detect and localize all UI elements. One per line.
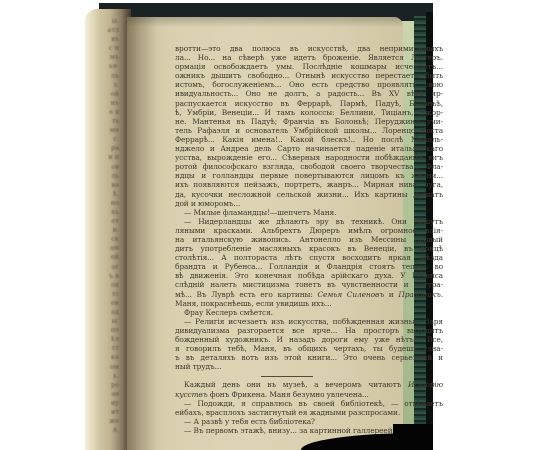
text-line: слѣдній налетъ мистицизма тонетъ въ чувс…	[175, 280, 443, 289]
text-line: — Подожди, я справлюсь въ своей библіоте…	[175, 399, 443, 408]
text-fragment: ь.	[89, 371, 119, 381]
text-line: я говорилъ тебѣ, Маня, въ общихъ чертахъ…	[175, 344, 443, 353]
text-line: на итальянскую живопись. Антонелло изъ М…	[175, 235, 443, 244]
text-line: нджело и Андреа дель Сарто начинается па…	[175, 144, 443, 153]
left-page-edge: ы.атлвъс имъая-лъз.ойнъе втьмис.раи повл…	[85, 9, 131, 450]
text-line: брандта и Рубенса... Голландія и Фландрі…	[175, 262, 443, 271]
text-fragment: ка	[89, 353, 119, 363]
text-fragment: з.	[89, 80, 119, 90]
text-line: ѣ, Умбріи, Венеціи... И тамъ колоссы: Бе…	[175, 108, 443, 117]
text-fragment: ой	[89, 89, 119, 99]
text-line: божденный художникъ. И назадъ дороги ему…	[175, 335, 443, 344]
text-line: Феррарѣ... Какія имена!.. Какой блескъ!.…	[175, 135, 443, 144]
text-line: ротой философскаго взгляда, свободой сво…	[175, 162, 443, 171]
text-line: дой и юморомъ...	[175, 199, 443, 208]
text-line: ивидуальность... Оно не долгъ, а радость…	[175, 89, 443, 98]
text-line: ъ въ деталяхъ вотъ изъ этой книги... Это…	[175, 353, 443, 362]
text-line: дивидуализма разгорается все ярче... На …	[175, 326, 443, 335]
text-fragment: ая-	[89, 62, 119, 72]
text-line: ный трудъ...	[175, 362, 443, 371]
text-line: ла... Но... на сѣверѣ уже идетъ броженіе…	[175, 53, 443, 62]
text-fragment: ов	[89, 162, 119, 172]
text-fragment: ва	[89, 180, 119, 190]
text-line: распускается искусство въ Феррарѣ, Пармѣ…	[175, 99, 443, 108]
text-line: вѣ движенія. Это конечная побѣда арійска…	[175, 271, 443, 280]
text-line: ндцы и голландцы первые повертываются ли…	[175, 171, 443, 180]
text-fragment: ль	[89, 171, 119, 181]
section-divider	[175, 371, 443, 380]
text-line: истомъ, богослуженіемъ... Оно есть средс…	[175, 80, 443, 89]
book-photo: ы.атлвъс имъая-лъз.ойнъе втьмис.раи повл…	[85, 0, 433, 450]
text-line: тель Рафаэля и основатель Умбрійской шко…	[175, 126, 443, 135]
text-line: — Милые фламандцы!—шепчетъ Маня.	[175, 208, 443, 217]
text-line: да, кусочки несложной сельской жизни... …	[175, 190, 443, 199]
text-fragment: тс	[89, 289, 119, 299]
text-fragment: лъ	[89, 71, 119, 81]
text-line: вротти—это два полюса въ искусствѣ, два …	[175, 44, 443, 53]
text-fragment: ли	[89, 280, 119, 290]
text-fragment: ѣ.	[89, 189, 119, 199]
text-line: Фрау Кеслеръ смѣется.	[175, 308, 443, 317]
text-line: — Нидерландцы же дѣлаютъ эру въ техникѣ.…	[175, 217, 443, 226]
text-fragment: ог	[89, 262, 119, 272]
text-fragment: ре	[89, 380, 119, 390]
text-line: Маня, покраснѣешь, если увидишь ихъ...	[175, 299, 443, 308]
text-line: ормація освобождаетъ умы. Послѣдніе кошм…	[175, 62, 443, 71]
corner-shadow-right	[393, 424, 433, 450]
left-page-fragments: ы.атлвъс имъая-лъз.ойнъе втьмис.раи повл…	[89, 17, 119, 435]
text-line: — Религія исчезаетъ изъ искусства, побѣж…	[175, 317, 443, 326]
text-fragment: и п	[89, 153, 119, 163]
text-fragment: ом	[89, 362, 119, 372]
text-fragment: я.	[89, 426, 119, 436]
text-line: мѣ... Въ Луврѣ есть его картины: Семья С…	[175, 290, 443, 299]
text-line: усства, вырожденіе его... Сѣверныя народ…	[175, 153, 443, 162]
text-line: дитъ употребленіе масляныхъ красокъ въ В…	[175, 244, 443, 253]
text-line: ейбахъ, врасплохъ застигнутый ея жадными…	[175, 408, 443, 417]
text-fragment: ей	[89, 253, 119, 263]
screenshot: ы.атлвъс имъая-лъз.ойнъе втьмис.раи повл…	[0, 0, 550, 450]
book-page: вротти—это два полюса въ искусствѣ, два …	[127, 17, 403, 450]
text-fragment: ъ в	[89, 271, 119, 281]
text-line: ляными красками. Альбрехтъ Дюреръ имѣлъ …	[175, 226, 443, 235]
text-line: не. Мантенья въ Падуѣ; Франчіа въ Болонь…	[175, 117, 443, 126]
text-line: столѣтія... А полтораста лѣтъ спустя вос…	[175, 253, 443, 262]
text-line: ихъ появляются пейзажъ, портретъ, жанръ.…	[175, 180, 443, 189]
text-line: кусствъ фонъ Фрикена. Маня безумно увлеч…	[175, 390, 443, 399]
text-block: вротти—это два полюса въ искусствѣ, два …	[175, 44, 443, 435]
text-line: ожникъ дышитъ свободно... Отнынѣ искусст…	[175, 71, 443, 80]
text-line: Каждый день они въ музеѣ, а вечеромъ чит…	[175, 380, 443, 389]
